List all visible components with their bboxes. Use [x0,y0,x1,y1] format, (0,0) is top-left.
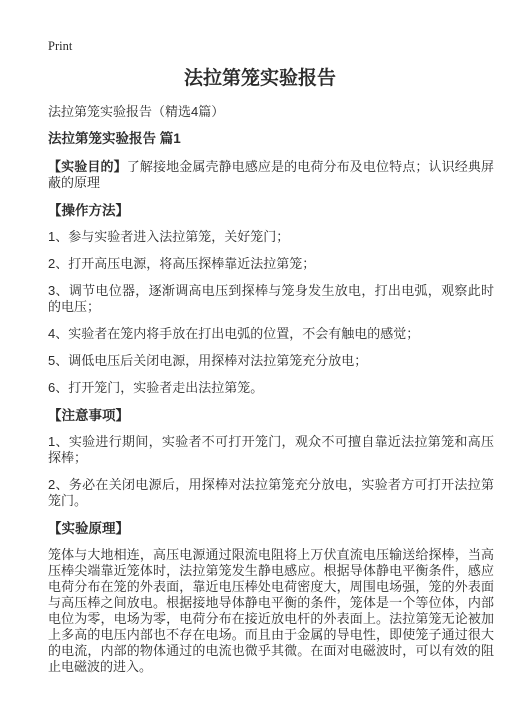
method-step-4: 4、实验者在笼内将手放在打出电弧的位置，不会有触电的感觉； [48,326,494,342]
method-step-1: 1、参与实验者进入法拉第笼，关好笼门； [48,229,494,245]
print-label: Print [48,39,494,53]
article-heading: 法拉第笼实验报告 篇1 [48,130,494,147]
notes-heading: 【注意事项】 [48,407,494,424]
method-step-6: 6、打开笼门，实验者走出法拉第笼。 [48,380,494,396]
notes-item-2: 2、务必在关闭电源后，用探棒对法拉第笼充分放电，实验者方可打开法拉第笼门。 [48,477,494,509]
method-heading: 【操作方法】 [48,202,494,219]
purpose-label: 【实验目的】 [48,159,127,174]
principle-paragraph: 笼体与大地相连，高压电源通过限流电阻将上万伏直流电压输送给探棒，当高压棒尖端靠近… [48,547,494,675]
document-subtitle: 法拉第笼实验报告（精选4篇） [48,104,494,120]
notes-item-1: 1、实验进行期间，实验者不可打开笼门，观众不可擅自靠近法拉第笼和高压探棒； [48,434,494,466]
purpose-paragraph: 【实验目的】了解接地金属壳静电感应是的电荷分布及电位特点；认识经典屏蔽的原理 [48,159,494,191]
method-step-2: 2、打开高压电源，将高压探棒靠近法拉第笼； [48,256,494,272]
method-step-3: 3、调节电位器，逐渐调高电压到探棒与笼身发生放电，打出电弧，观察此时的电压； [48,283,494,315]
method-step-5: 5、调低电压后关闭电源，用探棒对法拉第笼充分放电； [48,353,494,369]
principle-heading: 【实验原理】 [48,520,494,537]
page-title: 法拉第笼实验报告 [0,67,520,91]
document-page: Print 法拉第笼实验报告 法拉第笼实验报告（精选4篇） 法拉第笼实验报告 篇… [0,0,520,718]
